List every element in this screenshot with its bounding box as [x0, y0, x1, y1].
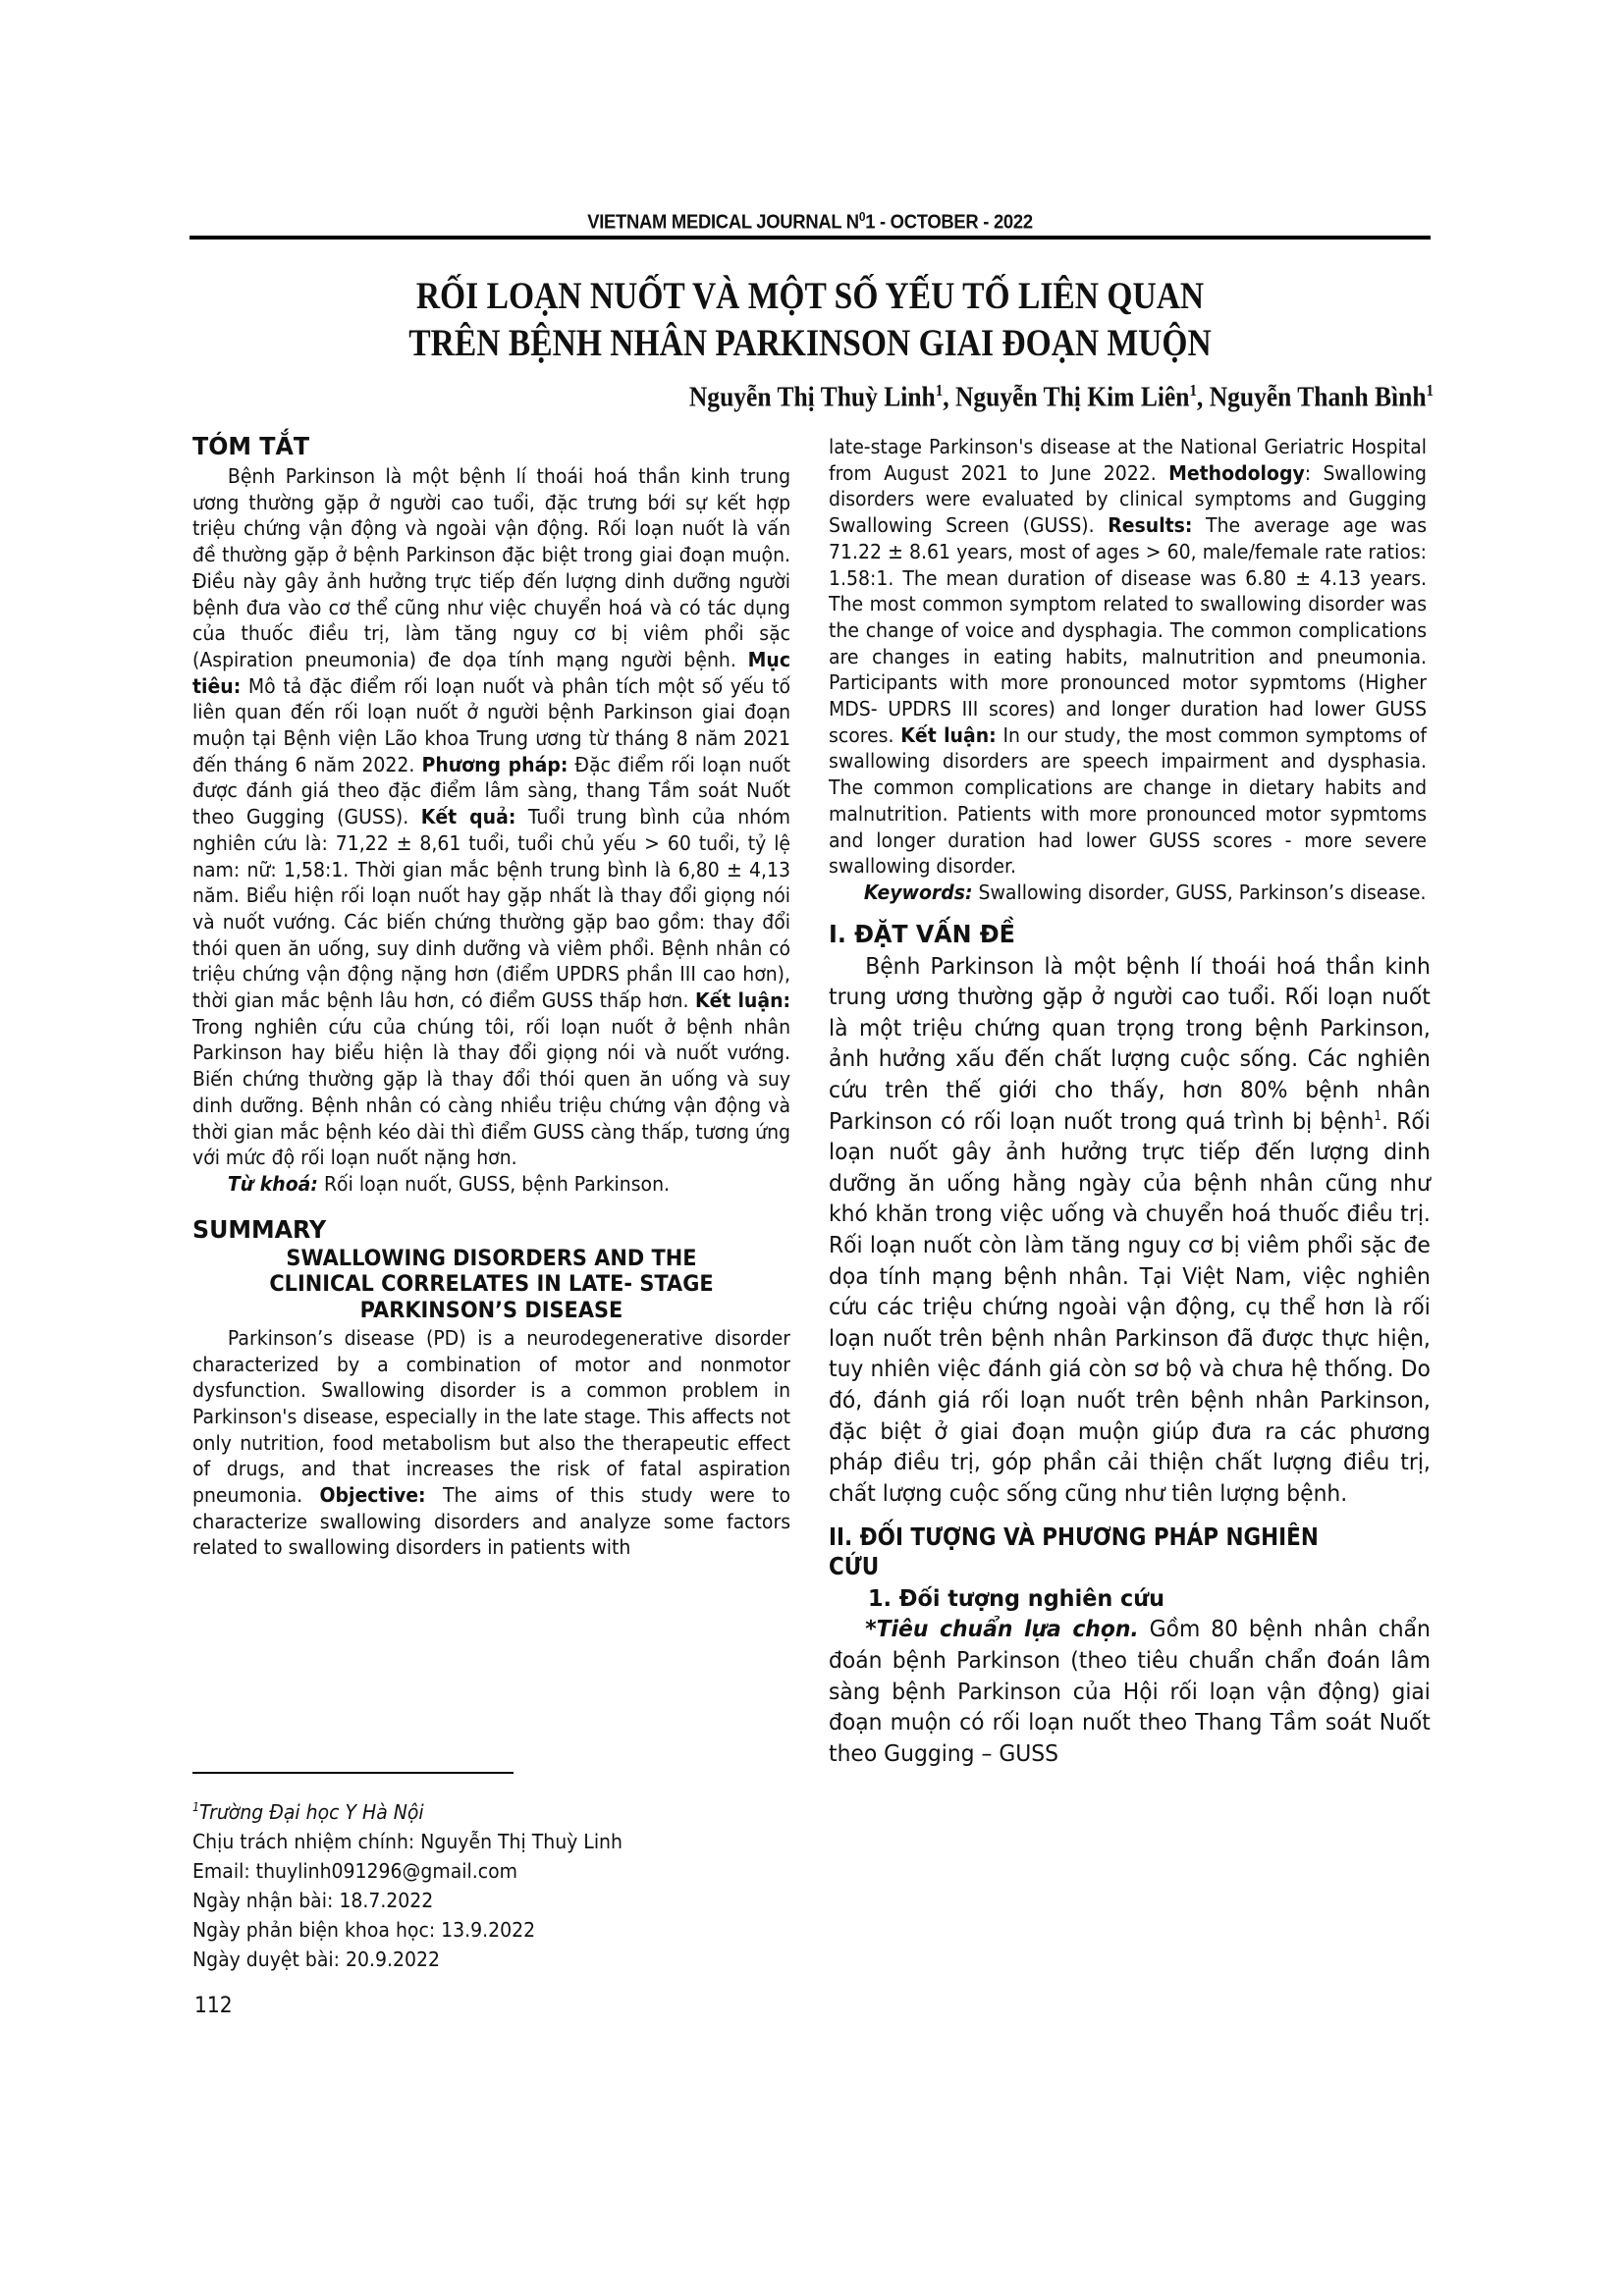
journal-issue: 1 - OCTOBER - 2022: [865, 212, 1033, 234]
right-column: late-stage Parkinson's disease at the Na…: [829, 434, 1431, 1769]
footnote-rule: [192, 1772, 514, 1774]
running-header: VIETNAM MEDICAL JOURNAL N01 - OCTOBER - …: [240, 209, 1381, 235]
author-name: Nguyễn Thị Thuỳ Linh: [689, 382, 936, 413]
journal-page: VIETNAM MEDICAL JOURNAL N01 - OCTOBER - …: [0, 0, 1624, 2296]
corresponding-author: Chịu trách nhiệm chính: Nguyễn Thị Thuỳ …: [192, 1827, 623, 1856]
affiliation-sup: 1: [192, 1800, 199, 1814]
section-1-heading: I. ĐẶT VẤN ĐỀ: [829, 920, 1400, 949]
results-text: Tuổi trung bình của nhóm nghiên cứu là: …: [192, 805, 790, 1012]
article-title: RỐI LOẠN NUỐT VÀ MỘT SỐ YẾU TỐ LIÊN QUAN…: [276, 273, 1343, 367]
summary-intro: Parkinson’s disease (PD) is a neurodegen…: [192, 1326, 790, 1507]
summary-title-line: CLINICAL CORRELATES IN LATE- STAGE: [207, 1272, 776, 1299]
conclusion-label: Kết luận:: [695, 988, 790, 1012]
journal-name: VIETNAM MEDICAL JOURNAL N: [587, 212, 859, 234]
section-2-heading: II. ĐỐI TƯỢNG VÀ PHƯƠNG PHÁP NGHIÊN CỨU: [829, 1522, 1346, 1581]
method-label: Phương pháp:: [421, 753, 568, 776]
methodology-label: Methodology: [1168, 461, 1305, 485]
summary-paragraph: Parkinson’s disease (PD) is a neurodegen…: [192, 1325, 790, 1561]
affiliation-text: Trường Đại học Y Hà Nội: [199, 1800, 424, 1824]
section-1-text-continued: . Rối loạn nuốt gây ảnh hưởng trực tiếp …: [829, 1107, 1431, 1507]
abstract-vi-paragraph: Bệnh Parkinson là một bệnh lí thoái hoá …: [192, 463, 790, 1171]
author-affiliation-sup: 1: [1189, 381, 1196, 400]
abstract-vi-heading: TÓM TẮT: [192, 432, 761, 461]
summary-conclusion-label: Kết luận:: [900, 723, 996, 747]
keywords-label: Từ khoá:: [228, 1172, 318, 1196]
accepted-date: Ngày duyệt bài: 20.9.2022: [192, 1945, 623, 1974]
section-1-paragraph: Bệnh Parkinson là một bệnh lí thoái hoá …: [829, 951, 1431, 1510]
author-affiliation-sup: 1: [936, 381, 943, 400]
abstract-vi-intro: Bệnh Parkinson là một bệnh lí thoái hoá …: [192, 464, 790, 671]
summary-title-line: PARKINSON’S DISEASE: [207, 1299, 776, 1325]
results-label: Kết quả:: [421, 805, 516, 828]
keywords-text: Rối loạn nuốt, GUSS, bệnh Parkinson.: [324, 1172, 670, 1196]
keywords-en-text: Swallowing disorder, GUSS, Parkinson’s d…: [979, 881, 1427, 904]
summary-results-label: Results:: [1108, 513, 1192, 537]
author-list: Nguyễn Thị Thuỳ Linh1, Nguyễn Thị Kim Li…: [501, 381, 1434, 414]
left-column: TÓM TẮT Bệnh Parkinson là một bệnh lí th…: [192, 432, 790, 1561]
keywords-en-label: Keywords:: [864, 881, 973, 904]
header-rule: [189, 236, 1431, 240]
summary-results-text: The average age was 71.22 ± 8.61 years, …: [829, 513, 1427, 747]
section-1-text: Bệnh Parkinson là một bệnh lí thoái hoá …: [829, 952, 1431, 1135]
footnotes: 1Trường Đại học Y Hà Nội Chịu trách nhiệ…: [192, 1792, 623, 1974]
received-date: Ngày nhận bài: 18.7.2022: [192, 1886, 623, 1915]
summary-continued: late-stage Parkinson's disease at the Na…: [829, 434, 1427, 880]
author-name: Nguyễn Thị Kim Liên: [955, 382, 1189, 413]
conclusion-text: Trong nghiên cứu của chúng tôi, rối loạn…: [192, 1015, 790, 1170]
author-name: Nguyễn Thanh Bình: [1210, 382, 1427, 413]
keywords-en: Keywords: Swallowing disorder, GUSS, Par…: [829, 880, 1427, 906]
criteria-label: *Tiêu chuẩn lựa chọn.: [865, 1615, 1139, 1642]
email-note: Email: thuylinh091296@gmail.com: [192, 1856, 623, 1886]
summary-title: SWALLOWING DISORDERS AND THE CLINICAL CO…: [207, 1247, 776, 1325]
author-affiliation-sup: 1: [1427, 381, 1434, 400]
subsection-1-heading: 1. Đối tượng nghiên cứu: [868, 1583, 1402, 1614]
summary-title-line: SWALLOWING DISORDERS AND THE: [207, 1247, 776, 1273]
page-number: 112: [194, 1994, 233, 2018]
keywords-vi: Từ khoá: Rối loạn nuốt, GUSS, bệnh Parki…: [192, 1171, 790, 1198]
summary-objective-label: Objective:: [320, 1483, 426, 1507]
title-line-1: RỐI LOẠN NUỐT VÀ MỘT SỐ YẾU TỐ LIÊN QUAN: [276, 273, 1343, 320]
review-date: Ngày phản biện khoa học: 13.9.2022: [192, 1915, 623, 1945]
affiliation-note: 1Trường Đại học Y Hà Nội: [192, 1792, 623, 1827]
summary-heading: SUMMARY: [192, 1215, 761, 1245]
section-2-paragraph: *Tiêu chuẩn lựa chọn. Gồm 80 bệnh nhân c…: [829, 1614, 1431, 1769]
title-line-2: TRÊN BỆNH NHÂN PARKINSON GIAI ĐOẠN MUỘN: [276, 320, 1343, 367]
